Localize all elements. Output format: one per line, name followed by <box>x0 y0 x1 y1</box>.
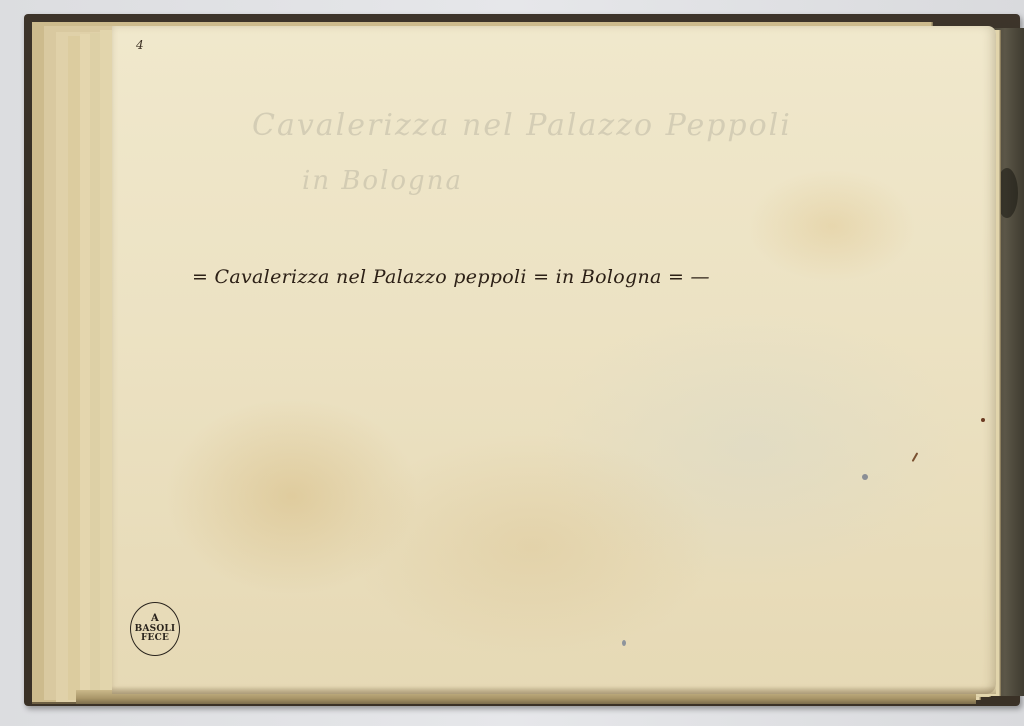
handwritten-caption: = Cavalerizza nel Palazzo peppoli = in B… <box>192 266 710 288</box>
paper-speck <box>981 418 985 422</box>
manuscript-page: 4 Cavalerizza nel Palazzo Peppoli in Bol… <box>112 26 996 694</box>
folio-number: 4 <box>136 38 145 52</box>
paper-speck <box>862 474 868 480</box>
basoli-stamp: A BASOLI FECE <box>130 602 180 656</box>
paper-mark <box>912 452 918 461</box>
paper-speck <box>622 640 626 646</box>
stamp-line: FECE <box>141 634 169 643</box>
show-through-text: Cavalerizza nel Palazzo Peppoli <box>252 108 792 143</box>
sketchbook-photo: 4 Cavalerizza nel Palazzo Peppoli in Bol… <box>0 0 1024 726</box>
show-through-text: in Bologna <box>302 166 463 196</box>
